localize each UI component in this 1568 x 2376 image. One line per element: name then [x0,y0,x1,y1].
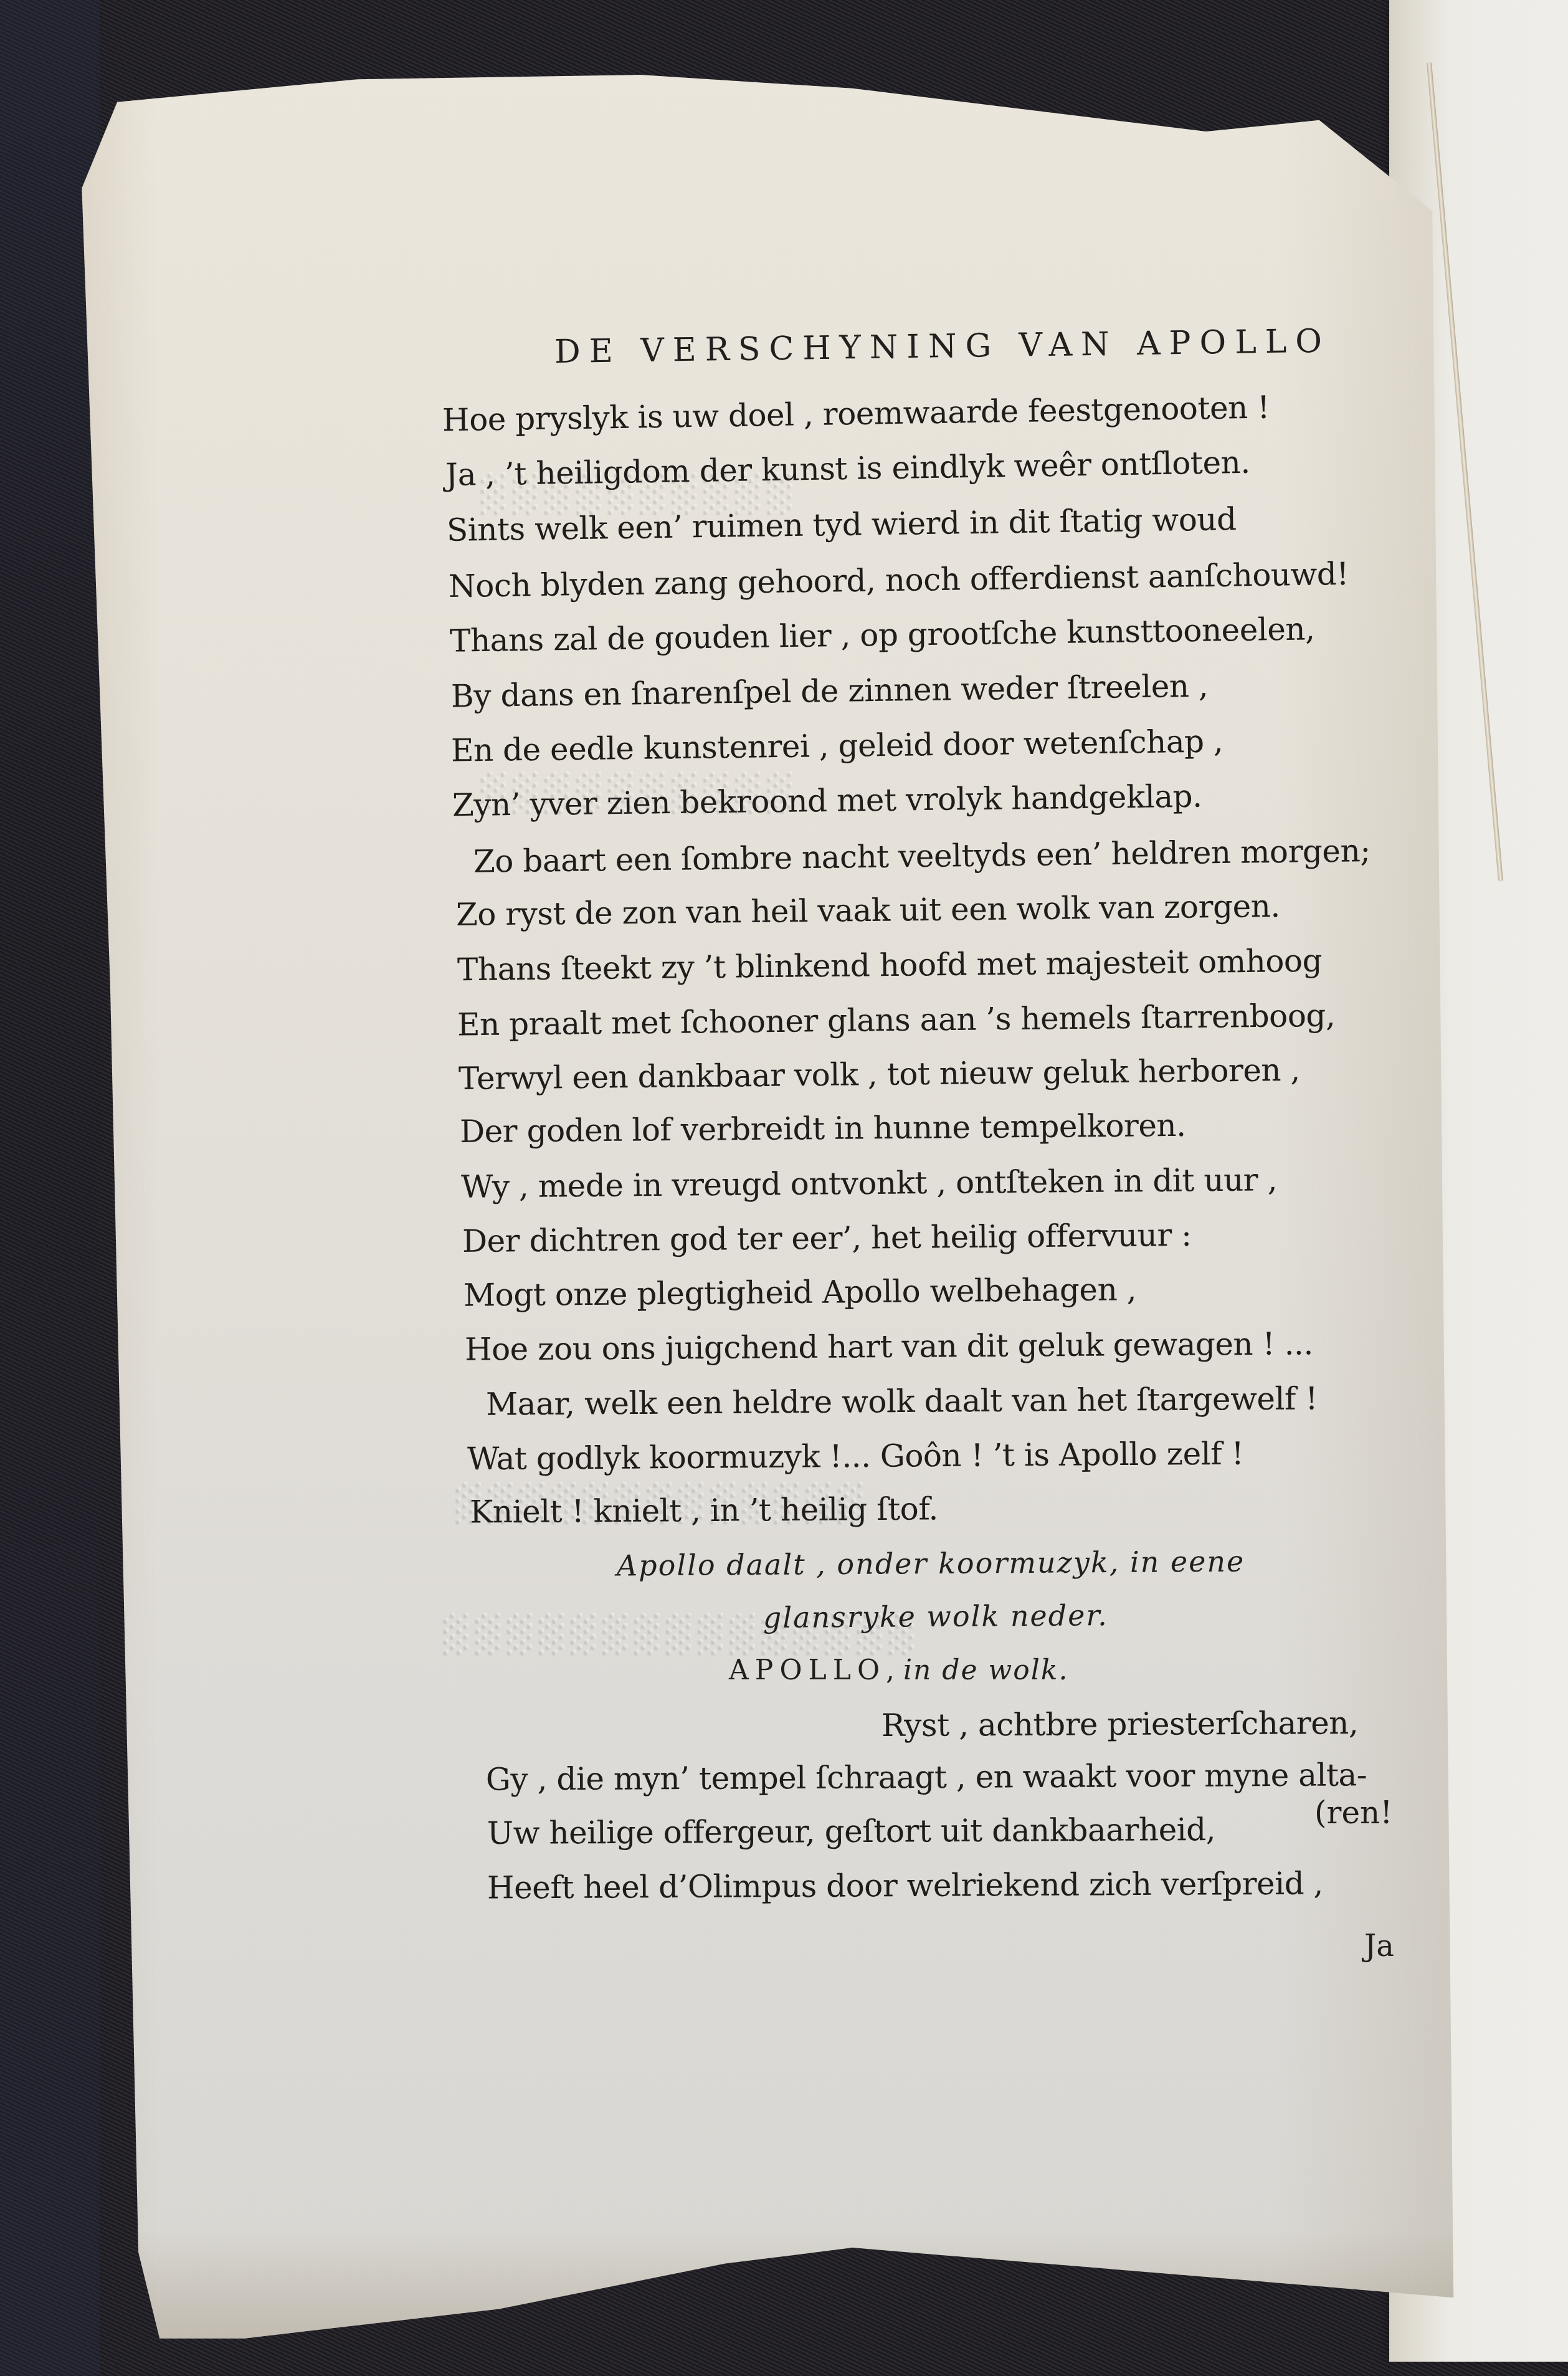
verse-line: By dans en ſnarenſpel de zinnen weder ſt… [451,668,1209,715]
verse-line: Hoe pryslyk is uw doel , roemwaarde fees… [442,389,1270,439]
verse-line: Ja , ’t heiligdom der kunst is eindlyk w… [445,444,1250,493]
verse-line: Terwyl een dankbaar volk , tot nieuw gel… [459,1052,1300,1097]
verse-line: Wy , mede in vreugd ontvonkt , ontſteken… [461,1162,1277,1205]
verse-line-apollo: Uw heilige offergeur, geſtort uit dankba… [487,1811,1215,1851]
verse-line: Knielt ! knielt , in ’t heilig ſtof. [470,1491,938,1530]
verse-line: Zyn’ yver zien bekroond met vrolyk handg… [452,778,1202,824]
verse-line: Der goden lof verbreidt in hunne tempelk… [460,1107,1186,1150]
verse-line-apollo: Gy , die myn’ tempel ſchraagt , en waakt… [486,1757,1367,1797]
running-title: DE VERSCHYNING VAN APOLLO [554,323,1331,371]
stage-direction-line-1: Apollo daalt , onder koormuzyk, in eene [617,1544,1245,1582]
page-text-block: DE VERSCHYNING VAN APOLLO Hoe pryslyk is… [75,75,1489,2343]
verse-line: Der dichtren god ter eer’, het heilig of… [462,1217,1192,1259]
verse-line: Thans ſteekt zy ’t blinkend hoofd met ma… [457,943,1323,988]
verse-line-indented: Maar, welk een heldre wolk daalt van het… [486,1380,1318,1422]
verse-line-apollo: Heeft heel d’Olimpus door welriekend zic… [487,1865,1323,1906]
speaker-name: APOLLO [729,1654,886,1686]
stage-direction-line-2: glansryke wolk neder. [763,1598,1108,1634]
verse-line: Mogt onze plegtigheid Apollo welbehagen … [463,1271,1137,1313]
verse-line: Hoe zou ons juigchend hart van dit geluk… [465,1325,1313,1368]
background-cloth [0,0,100,2376]
verse-line: Noch blyden zang gehoord, noch offerdien… [449,556,1349,604]
verse-line-apollo: Ryst , achtbre priesterſcharen, [881,1705,1359,1744]
verse-line: Thans zal de gouden lier , op grootſche … [450,611,1315,659]
verse-line: Zo ryst de zon van heil vaak uit een wol… [456,888,1280,933]
catchword: Ja [1364,1929,1394,1963]
verse-line: Wat godlyk koormuzyk !... Goôn ! ’t is A… [467,1436,1243,1477]
verse-line: Sints welk een’ ruimen tyd wierd in dit … [447,501,1237,548]
turnover-line-ending: (ren! [1314,1795,1392,1831]
speaker-direction: in de wolk. [903,1654,1068,1686]
book-page: ░░░░░░░░░░ ░░░░░░░░░░ ░░░░░░░░░░░░░ ░░░░… [75,75,1489,2343]
verse-line-indented: Zo baart een ſombre nacht veeltyds een’ … [473,833,1371,880]
verse-line: En de eedle kunstenrei , geleid door wet… [451,723,1224,768]
verse-line: En praalt met ſchooner glans aan ’s heme… [457,998,1336,1043]
speaker-heading: APOLLO, in de wolk. [729,1654,1068,1686]
